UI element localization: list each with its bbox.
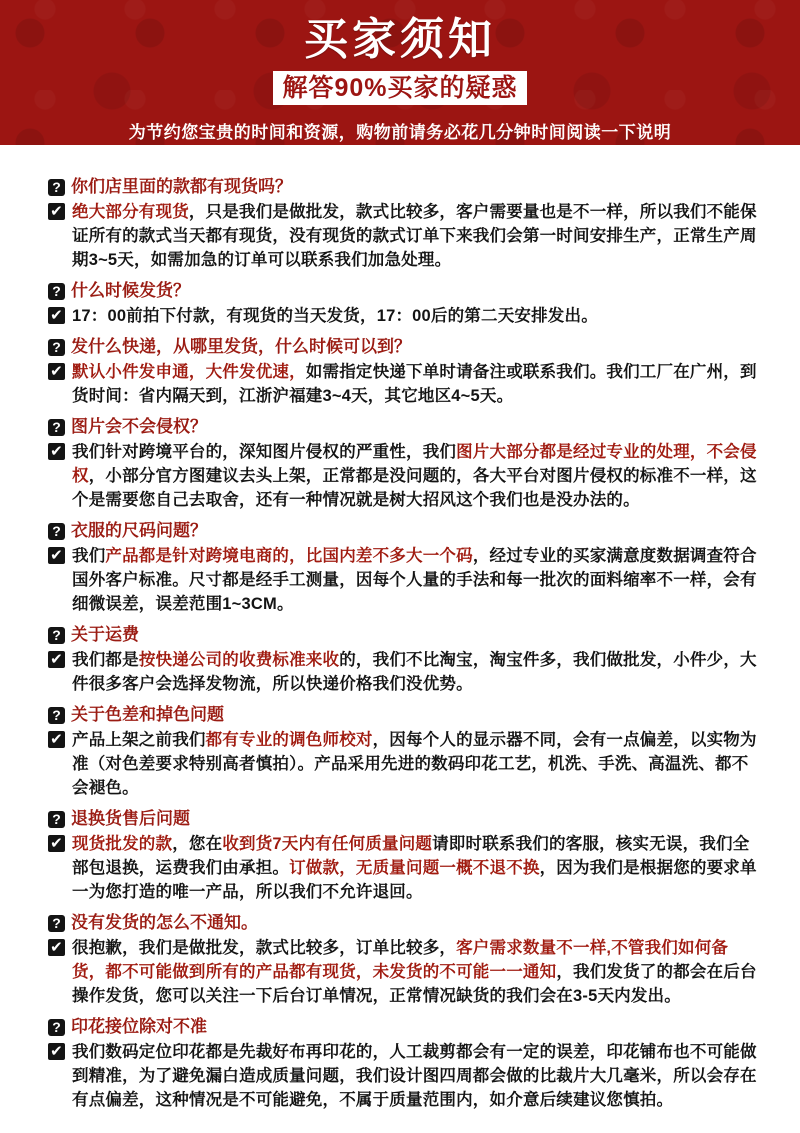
- question-text: 发什么快递，从哪里发货，什么时候可以到？: [71, 335, 411, 359]
- check-icon: ✔: [48, 835, 65, 852]
- question-mark-icon: ?: [48, 1019, 65, 1036]
- qa-list: ? 你们店里面的款都有现货吗？ ✔ 绝大部分有现货，只是我们是做批发，款式比较多…: [0, 145, 800, 1133]
- question-row: ? 衣服的尺码问题？: [48, 519, 758, 543]
- answer-row: ✔ 默认小件发申通，大件发优速，如需指定快递下单时请备注或联系我们。我们工厂在广…: [48, 360, 758, 408]
- answer-row: ✔ 我们数码定位印花都是先裁好布再印花的，人工裁剪都会有一定的误差，印花铺布也不…: [48, 1040, 758, 1112]
- qa-section: ? 没有发货的怎么不通知。 ✔ 很抱歉，我们是做批发，款式比较多，订单比较多，客…: [48, 911, 758, 1008]
- answer-row: ✔ 我们针对跨境平台的，深知图片侵权的严重性，我们图片大部分都是经过专业的处理，…: [48, 440, 758, 512]
- subtitle-badge: 解答90%买家的疑惑: [273, 71, 526, 105]
- answer-row: ✔ 很抱歉，我们是做批发，款式比较多，订单比较多，客户需求数量不一样,不管我们如…: [48, 936, 758, 1008]
- answer-segment: 很抱歉，我们是做批发，款式比较多，订单比较多，: [72, 939, 456, 957]
- answer-segment: ，小部分官方图建议去头上架，正常都是没问题的，各大平台对图片侵权的标准不一样，这…: [72, 467, 757, 509]
- question-mark-icon: ?: [48, 707, 65, 724]
- answer-row: ✔ 现货批发的款，您在收到货7天内有任何质量问题请即时联系我们的客服，核实无误，…: [48, 832, 758, 904]
- question-mark-icon: ?: [48, 523, 65, 540]
- question-mark-icon: ?: [48, 179, 65, 196]
- answer-row: ✔ 绝大部分有现货，只是我们是做批发，款式比较多，客户需要量也是不一样，所以我们…: [48, 200, 758, 272]
- qa-section: ? 印花接位除对不准 ✔ 我们数码定位印花都是先裁好布再印花的，人工裁剪都会有一…: [48, 1015, 758, 1112]
- question-text: 你们店里面的款都有现货吗？: [71, 175, 292, 199]
- question-text: 关于运费: [71, 623, 139, 647]
- answer-segment-highlight: 现货批发的款: [72, 835, 172, 853]
- answer-segment-highlight: 收到货7天内有任何质量问题: [222, 835, 432, 853]
- answer-segment-highlight: 都有专业的调色师校对: [206, 731, 373, 749]
- answer-segment: 17：00前拍下付款，有现货的当天发货，17：00后的第二天安排发出。: [72, 307, 598, 325]
- question-mark-icon: ?: [48, 419, 65, 436]
- check-icon: ✔: [48, 939, 65, 956]
- question-text: 关于色差和掉色问题: [71, 703, 224, 727]
- check-icon: ✔: [48, 307, 65, 324]
- question-text: 退换货售后问题: [71, 807, 190, 831]
- question-mark-icon: ?: [48, 339, 65, 356]
- qa-section: ? 什么时候发货？ ✔ 17：00前拍下付款，有现货的当天发货，17：00后的第…: [48, 279, 758, 328]
- question-row: ? 图片会不会侵权？: [48, 415, 758, 439]
- question-mark-icon: ?: [48, 627, 65, 644]
- answer-segment-highlight: 产品都是针对跨境电商的，比国内差不多大一个码: [105, 547, 472, 565]
- answer-segment-highlight: 默认小件发申通，大件发优速，: [72, 363, 306, 381]
- answer-segment-highlight: 按快递公司的收费标准来收: [139, 651, 339, 669]
- question-row: ? 关于色差和掉色问题: [48, 703, 758, 727]
- question-mark-icon: ?: [48, 811, 65, 828]
- qa-section: ? 衣服的尺码问题？ ✔ 我们产品都是针对跨境电商的，比国内差不多大一个码，经过…: [48, 519, 758, 616]
- header-banner: 买家须知 解答90%买家的疑惑 为节约您宝贵的时间和资源，购物前请务必花几分钟时…: [0, 0, 800, 145]
- question-mark-icon: ?: [48, 915, 65, 932]
- answer-row: ✔ 我们产品都是针对跨境电商的，比国内差不多大一个码，经过专业的买家满意度数据调…: [48, 544, 758, 616]
- question-text: 印花接位除对不准: [71, 1015, 207, 1039]
- qa-section: ? 你们店里面的款都有现货吗？ ✔ 绝大部分有现货，只是我们是做批发，款式比较多…: [48, 175, 758, 272]
- qa-section: ? 退换货售后问题 ✔ 现货批发的款，您在收到货7天内有任何质量问题请即时联系我…: [48, 807, 758, 904]
- qa-section: ? 关于色差和掉色问题 ✔ 产品上架之前我们都有专业的调色师校对，因每个人的显示…: [48, 703, 758, 800]
- answer-segment: 我们都是: [72, 651, 139, 669]
- check-icon: ✔: [48, 651, 65, 668]
- qa-section: ? 发什么快递，从哪里发货，什么时候可以到？ ✔ 默认小件发申通，大件发优速，如…: [48, 335, 758, 408]
- question-row: ? 你们店里面的款都有现货吗？: [48, 175, 758, 199]
- answer-segment-highlight: 绝大部分有现货: [72, 203, 189, 221]
- question-mark-icon: ?: [48, 283, 65, 300]
- answer-segment: 我们: [72, 547, 105, 565]
- answer-row: ✔ 17：00前拍下付款，有现货的当天发货，17：00后的第二天安排发出。: [48, 304, 758, 328]
- answer-segment: 我们针对跨境平台的，深知图片侵权的严重性，我们: [72, 443, 456, 461]
- page-title: 买家须知: [304, 16, 496, 64]
- question-row: ? 关于运费: [48, 623, 758, 647]
- question-text: 图片会不会侵权？: [71, 415, 207, 439]
- question-row: ? 印花接位除对不准: [48, 1015, 758, 1039]
- check-icon: ✔: [48, 547, 65, 564]
- check-icon: ✔: [48, 363, 65, 380]
- question-row: ? 发什么快递，从哪里发货，什么时候可以到？: [48, 335, 758, 359]
- check-icon: ✔: [48, 443, 65, 460]
- question-row: ? 什么时候发货？: [48, 279, 758, 303]
- question-row: ? 退换货售后问题: [48, 807, 758, 831]
- question-row: ? 没有发货的怎么不通知。: [48, 911, 758, 935]
- question-text: 没有发货的怎么不通知。: [71, 911, 258, 935]
- answer-segment-highlight: 订做款，无质量问题一概不退不换: [289, 859, 540, 877]
- check-icon: ✔: [48, 203, 65, 220]
- question-text: 衣服的尺码问题？: [71, 519, 207, 543]
- check-icon: ✔: [48, 1043, 65, 1060]
- answer-row: ✔ 产品上架之前我们都有专业的调色师校对，因每个人的显示器不同，会有一点偏差，以…: [48, 728, 758, 800]
- check-icon: ✔: [48, 731, 65, 748]
- answer-segment: 产品上架之前我们: [72, 731, 206, 749]
- question-text: 什么时候发货？: [71, 279, 190, 303]
- qa-section: ? 关于运费 ✔ 我们都是按快递公司的收费标准来收的，我们不比淘宝，淘宝件多，我…: [48, 623, 758, 696]
- qa-section: ? 图片会不会侵权？ ✔ 我们针对跨境平台的，深知图片侵权的严重性，我们图片大部…: [48, 415, 758, 512]
- answer-row: ✔ 我们都是按快递公司的收费标准来收的，我们不比淘宝，淘宝件多，我们做批发，小件…: [48, 648, 758, 696]
- answer-segment: ，您在: [172, 835, 222, 853]
- tagline: 为节约您宝贵的时间和资源，购物前请务必花几分钟时间阅读一下说明: [129, 118, 672, 143]
- answer-segment: 我们数码定位印花都是先裁好布再印花的，人工裁剪都会有一定的误差，印花铺布也不可能…: [72, 1043, 757, 1109]
